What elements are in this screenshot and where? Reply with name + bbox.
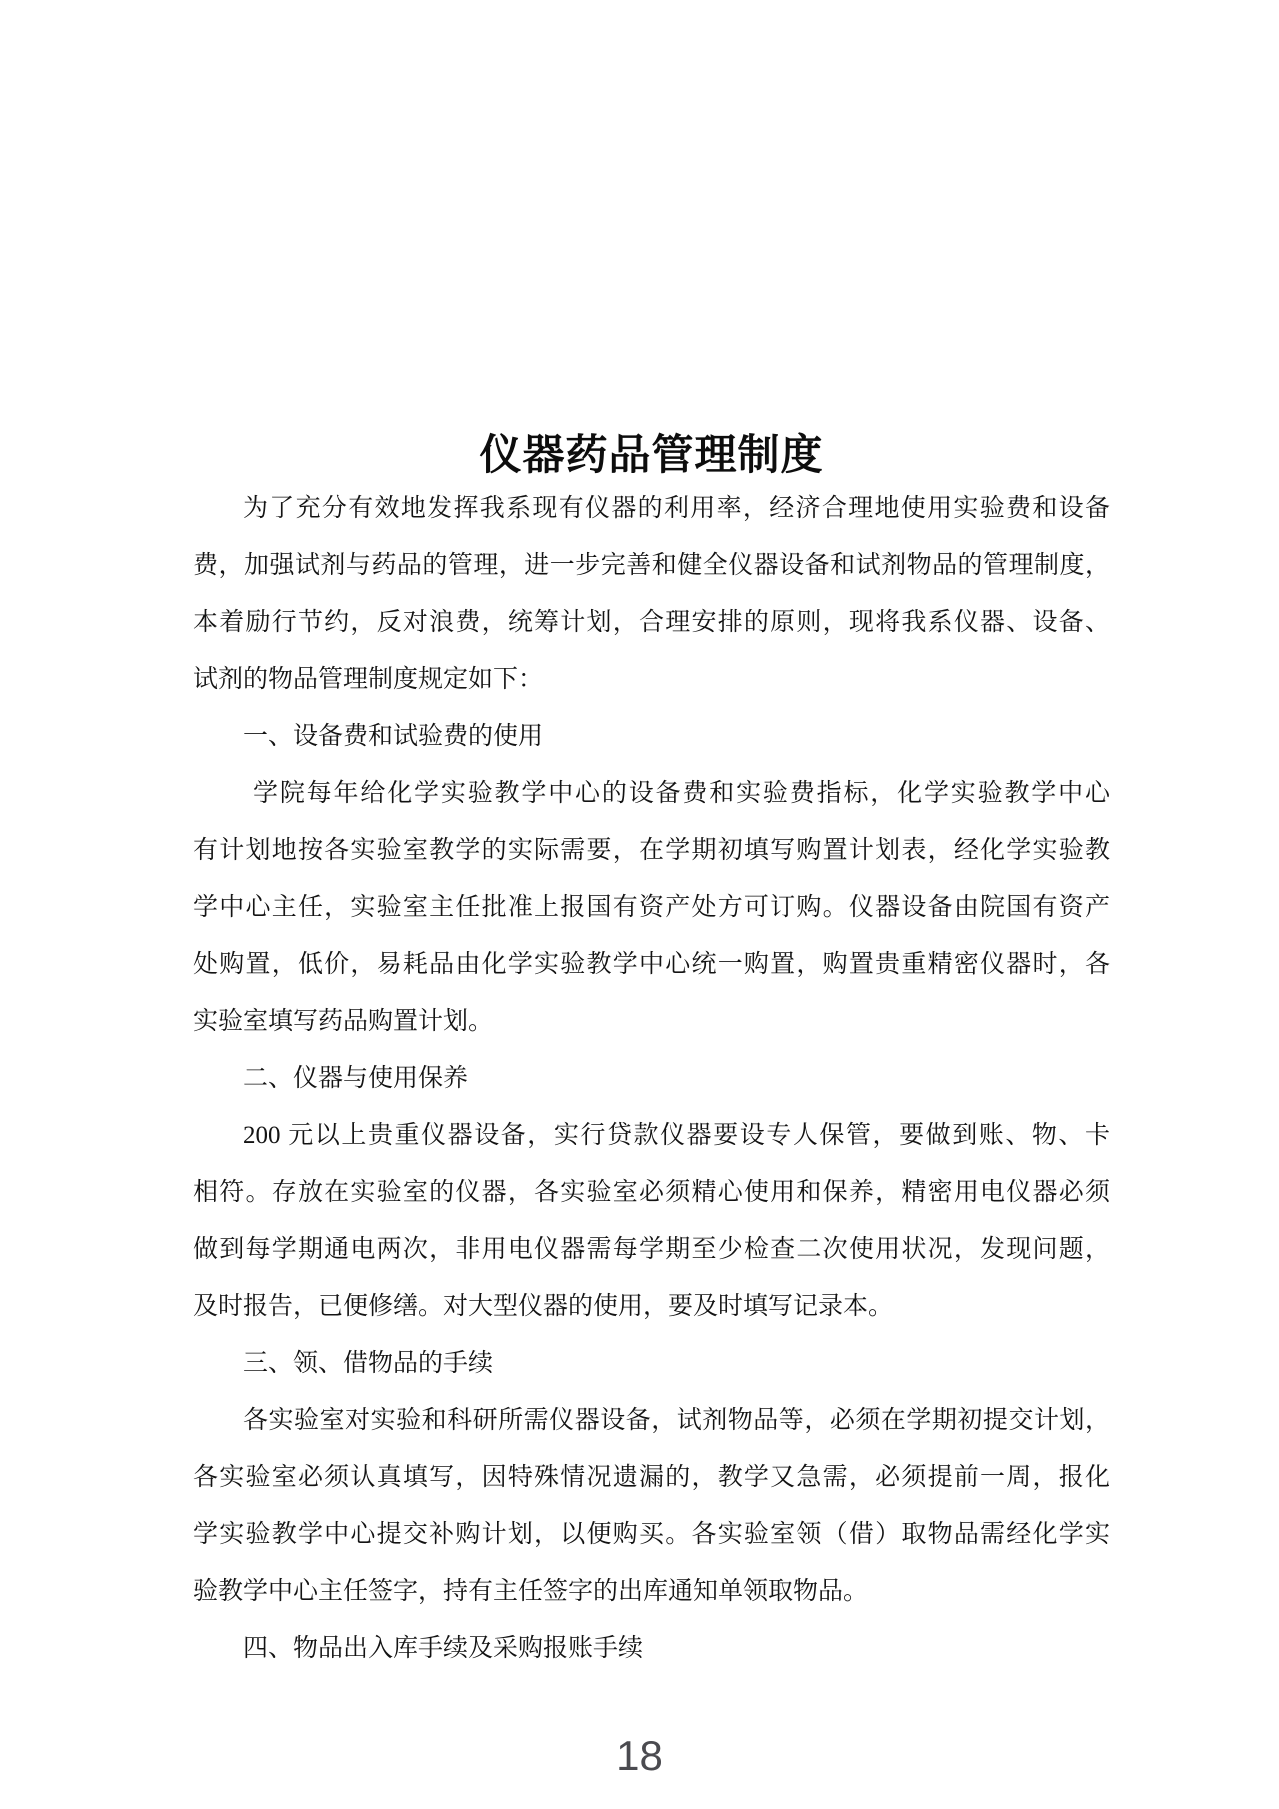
document-line: 相符。存放在实验室的仪器，各实验室必须精心使用和保养，精密用电仪器必须 — [193, 1164, 1110, 1221]
document-line: 一、设备费和试验费的使用 — [193, 708, 1110, 765]
document-line: 本着励行节约，反对浪费，统筹计划，合理安排的原则，现将我系仪器、设备、 — [193, 594, 1110, 651]
document-line: 处购置，低价，易耗品由化学实验教学中心统一购置，购置贵重精密仪器时，各 — [193, 936, 1110, 993]
document-line: 200 元以上贵重仪器设备，实行贷款仪器要设专人保管，要做到账、物、卡 — [193, 1107, 1110, 1164]
document-line: 各实验室对实验和科研所需仪器设备，试剂物品等，必须在学期初提交计划， — [193, 1392, 1110, 1449]
document-line: 验教学中心主任签字，持有主任签字的出库通知单领取物品。 — [193, 1563, 1110, 1620]
document-line: 三、领、借物品的手续 — [193, 1335, 1110, 1392]
document-line: 二、仪器与使用保养 — [193, 1050, 1110, 1107]
page-number: 18 — [0, 1732, 1279, 1780]
document-line: 实验室填写药品购置计划。 — [193, 993, 1110, 1050]
document-line: 学中心主任，实验室主任批准上报国有资产处方可订购。仪器设备由院国有资产 — [193, 879, 1110, 936]
document-page: 仪器药品管理制度 为了充分有效地发挥我系现有仪器的利用率，经济合理地使用实验费和… — [0, 0, 1279, 1809]
document-line: 及时报告，已便修缮。对大型仪器的使用，要及时填写记录本。 — [193, 1278, 1110, 1335]
document-line: 为了充分有效地发挥我系现有仪器的利用率，经济合理地使用实验费和设备 — [193, 480, 1110, 537]
document-body: 为了充分有效地发挥我系现有仪器的利用率，经济合理地使用实验费和设备费，加强试剂与… — [193, 480, 1110, 1677]
document-line: 各实验室必须认真填写，因特殊情况遗漏的，教学又急需，必须提前一周，报化 — [193, 1449, 1110, 1506]
document-line: 学实验教学中心提交补购计划，以便购买。各实验室领（借）取物品需经化学实 — [193, 1506, 1110, 1563]
document-title: 仪器药品管理制度 — [193, 426, 1110, 484]
document-line: 学院每年给化学实验教学中心的设备费和实验费指标，化学实验教学中心 — [193, 765, 1110, 822]
document-line: 试剂的物品管理制度规定如下： — [193, 651, 1110, 708]
document-line: 做到每学期通电两次，非用电仪器需每学期至少检查二次使用状况，发现问题， — [193, 1221, 1110, 1278]
document-line: 费，加强试剂与药品的管理，进一步完善和健全仪器设备和试剂物品的管理制度， — [193, 537, 1110, 594]
document-line: 有计划地按各实验室教学的实际需要，在学期初填写购置计划表，经化学实验教 — [193, 822, 1110, 879]
document-line: 四、物品出入库手续及采购报账手续 — [193, 1620, 1110, 1677]
